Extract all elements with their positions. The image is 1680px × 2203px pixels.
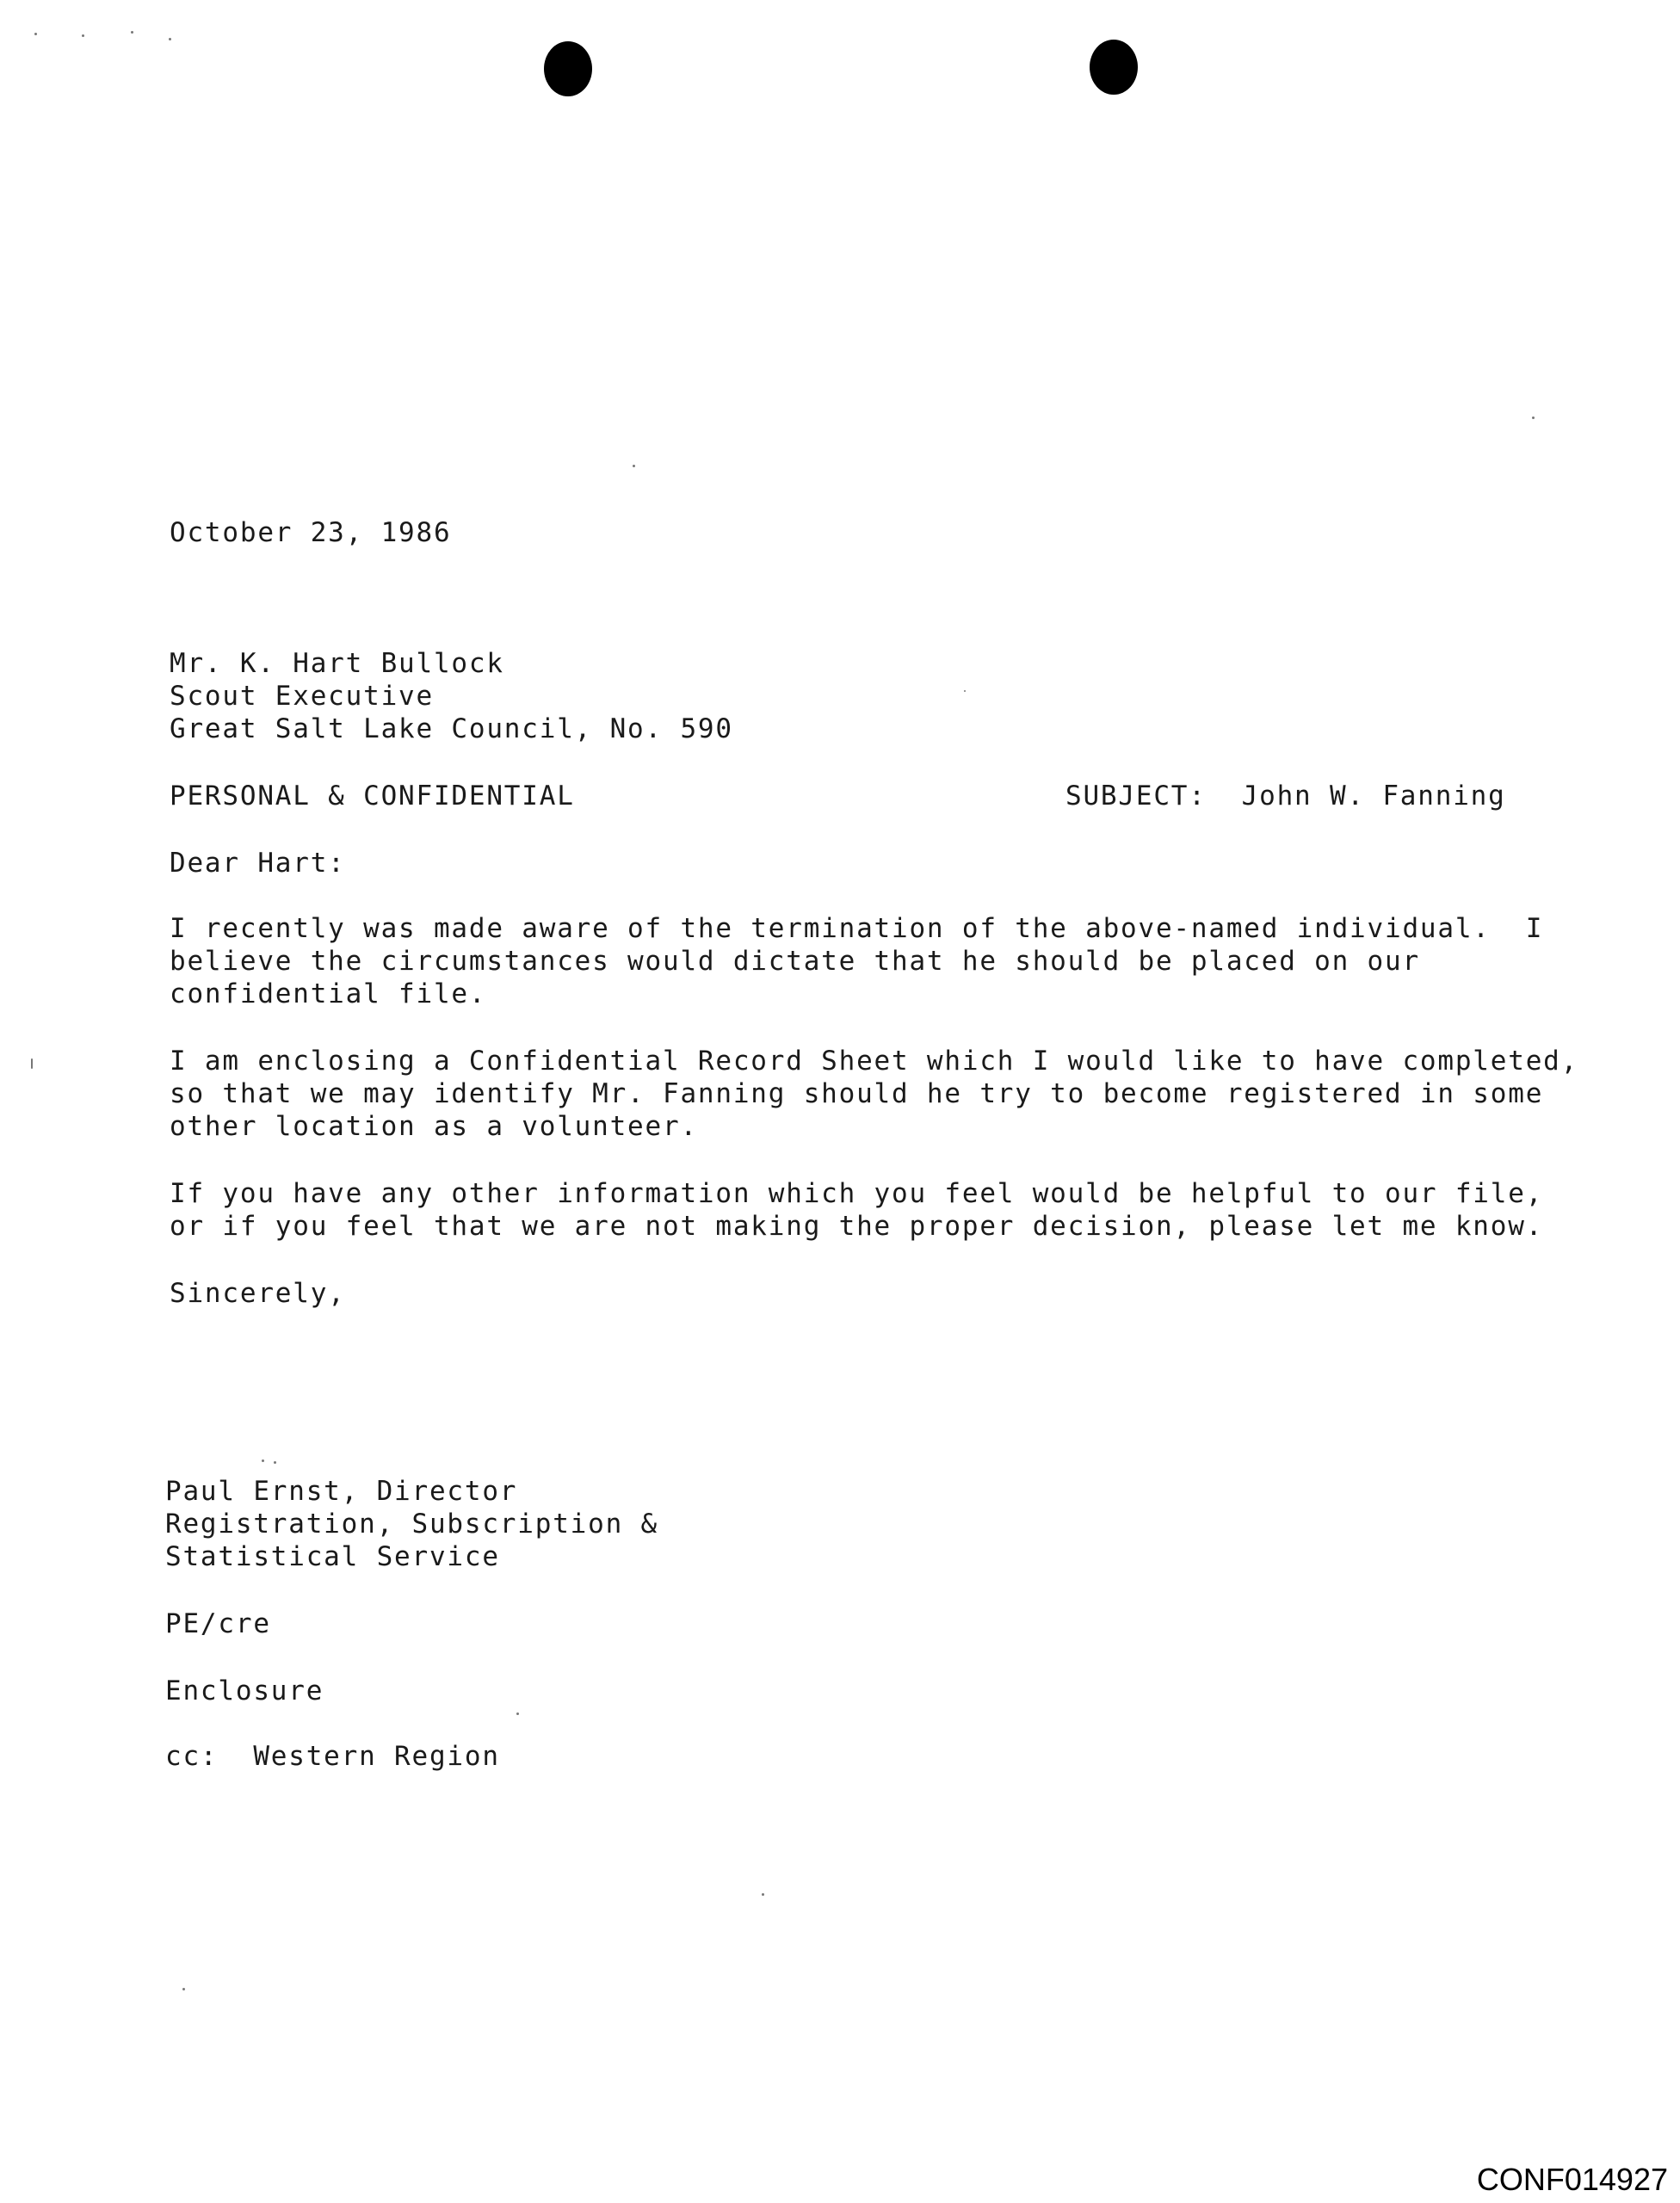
body-line: confidential file. — [170, 978, 486, 1010]
recipient-title: Scout Executive — [170, 680, 434, 713]
scan-speck — [262, 1459, 264, 1462]
scan-speck — [274, 1461, 276, 1464]
enclosure-notation: Enclosure — [165, 1675, 324, 1707]
scan-speck — [34, 33, 37, 35]
confidentiality-marking: PERSONAL & CONFIDENTIAL — [170, 780, 575, 812]
signer-department: Registration, Subscription & — [165, 1508, 658, 1540]
recipient-name: Mr. K. Hart Bullock — [170, 647, 504, 680]
scan-speck — [131, 31, 133, 34]
scan-speck — [31, 1058, 33, 1069]
signer-department-cont: Statistical Service — [165, 1540, 500, 1573]
salutation: Dear Hart: — [170, 847, 346, 879]
body-line: I recently was made aware of the termina… — [170, 912, 1543, 945]
scan-speck — [516, 1712, 519, 1715]
bates-number: CONF014927 — [1477, 2162, 1668, 2198]
body-line: so that we may identify Mr. Fanning shou… — [170, 1077, 1543, 1110]
body-line: other location as a volunteer. — [170, 1110, 698, 1143]
scan-speck — [82, 34, 84, 37]
scan-speck — [762, 1893, 764, 1896]
punch-hole-right — [1090, 40, 1138, 95]
closing: Sincerely, — [170, 1277, 346, 1310]
scan-speck — [964, 690, 966, 692]
cc-notation: cc: Western Region — [165, 1740, 500, 1773]
scan-speck — [633, 465, 635, 467]
reference-initials: PE/cre — [165, 1608, 271, 1640]
body-line: or if you feel that we are not making th… — [170, 1210, 1543, 1243]
letter-date: October 23, 1986 — [170, 516, 451, 549]
subject-line: SUBJECT: John W. Fanning — [1065, 780, 1506, 812]
punch-hole-left — [544, 41, 592, 96]
scan-speck — [1532, 417, 1535, 419]
body-line: I am enclosing a Confidential Record She… — [170, 1045, 1578, 1077]
scan-speck — [182, 1988, 185, 1990]
body-line: If you have any other information which … — [170, 1177, 1543, 1210]
scan-speck — [169, 38, 171, 40]
recipient-organization: Great Salt Lake Council, No. 590 — [170, 713, 733, 745]
signer-name: Paul Ernst, Director — [165, 1475, 517, 1508]
body-line: believe the circumstances would dictate … — [170, 945, 1420, 978]
